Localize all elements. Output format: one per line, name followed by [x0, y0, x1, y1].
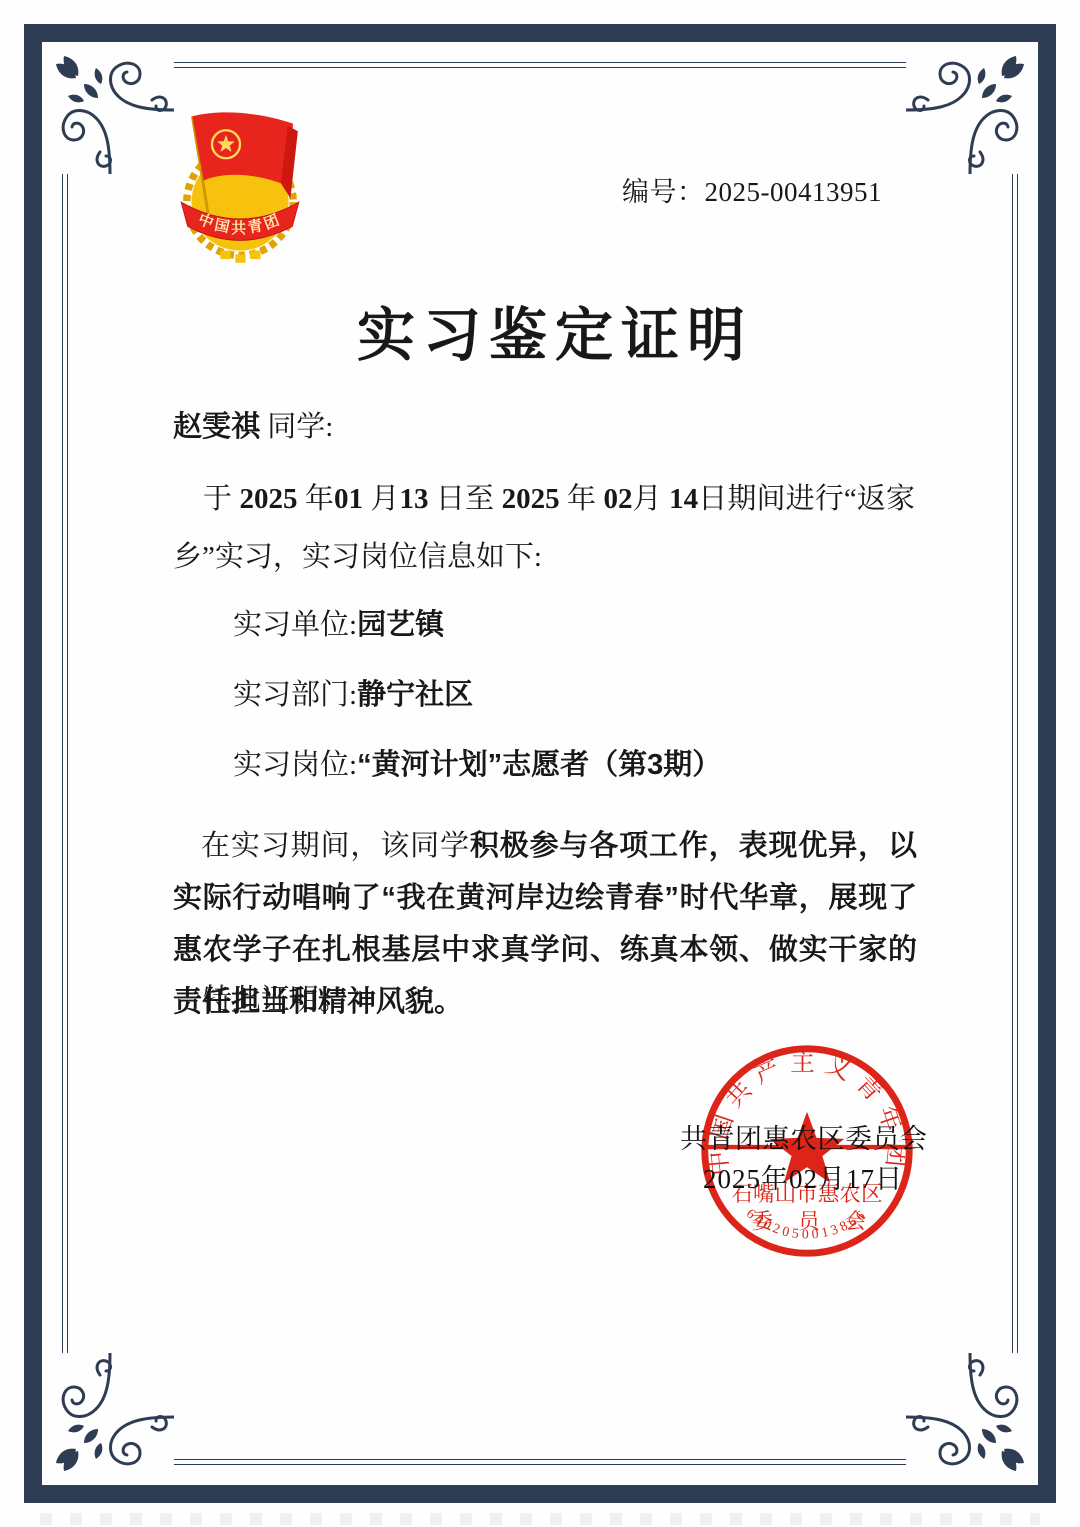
corner-flourish-icon: [44, 1353, 174, 1483]
serial-number: 编号：2025-00413951: [622, 170, 882, 209]
page-title: 实习鉴定证明: [15, 288, 1080, 372]
field-department-value: 静宁社区: [357, 679, 473, 711]
certificate-page: 中国共青团 编号：2025-00413951 实习鉴定证明 赵雯祺 同学: 于 …: [0, 0, 1080, 1527]
bottom-edge-pattern: [40, 1513, 1040, 1525]
field-position-label: 实习岗位:: [233, 749, 357, 781]
corner-flourish-icon: [906, 44, 1036, 174]
intro-paragraph: 于 2025 年01 月13 日至 2025 年 02月 14日期间进行“返家乡…: [173, 470, 915, 586]
field-unit: 实习单位:园艺镇: [233, 608, 721, 642]
issue-date: 2025年02月17日: [680, 1161, 926, 1198]
internship-fields: 实习单位:园艺镇 实习部门:静宁社区 实习岗位:“黄河计划”志愿者（第3期）: [233, 608, 721, 818]
recipient-salutation: 同学:: [260, 411, 333, 443]
field-unit-label: 实习单位:: [233, 609, 357, 641]
issuing-organization: 共青团惠农区委员会: [680, 1121, 926, 1158]
field-position: 实习岗位:“黄河计划”志愿者（第3期）: [233, 748, 721, 782]
recipient-name: 赵雯祺: [173, 411, 260, 443]
youth-league-emblem-icon: 中国共青团: [170, 110, 310, 270]
signature-block: 共青团惠农区委员会 2025年02月17日: [680, 1121, 926, 1198]
field-department: 实习部门:静宁社区: [233, 678, 721, 712]
recipient-line: 赵雯祺 同学:: [173, 404, 333, 445]
field-position-value: “黄河计划”志愿者（第3期）: [357, 749, 721, 781]
field-department-label: 实习部门:: [233, 679, 357, 711]
field-unit-value: 园艺镇: [357, 609, 444, 641]
corner-flourish-icon: [44, 44, 174, 174]
corner-flourish-icon: [906, 1353, 1036, 1483]
closing-statement: 特此证明。: [203, 977, 348, 1018]
